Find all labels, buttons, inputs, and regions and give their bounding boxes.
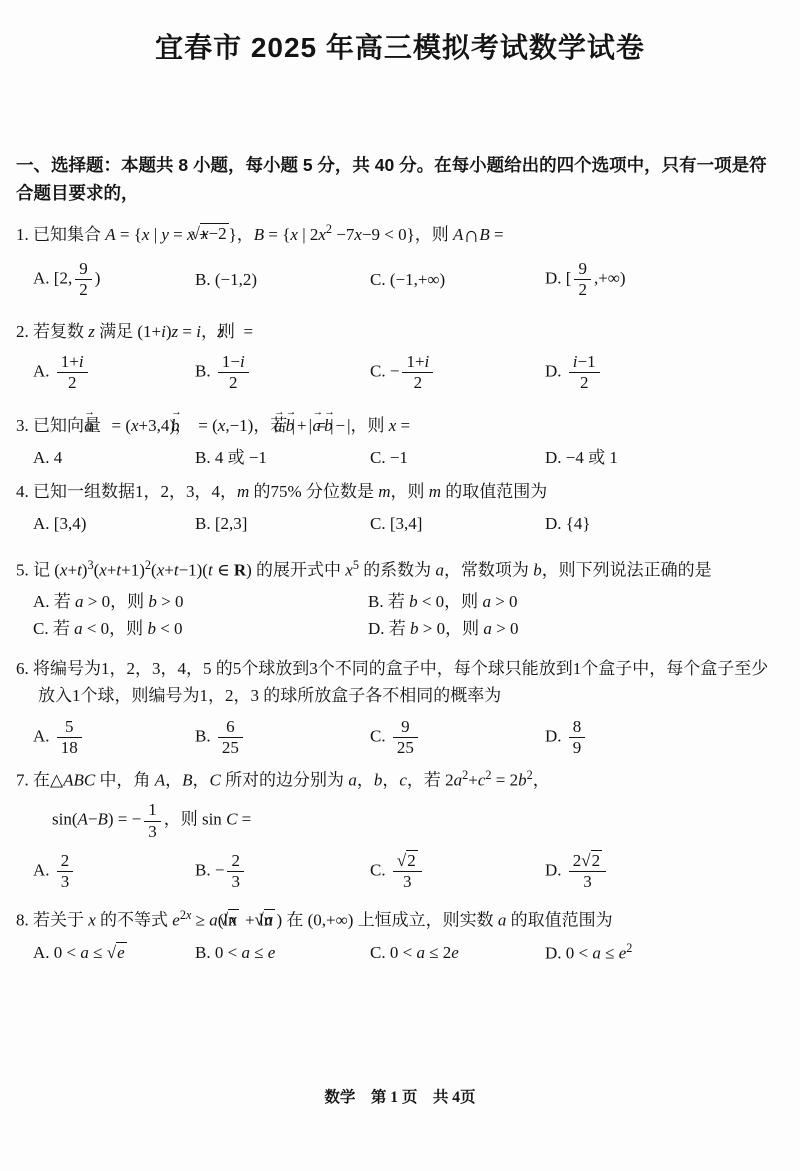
question-1-option-b: B. (−1,2) (195, 267, 370, 294)
question-7-option-c: C. 23 (370, 849, 545, 894)
question-2-stem: 2. 若复数 z 满足 (1+i)z = i，则 z = (16, 319, 784, 346)
question-5: 5. 记 (x+t)3(x+t+1)2(x+t−1)(t ∈ R) 的展开式中 … (16, 556, 784, 643)
page-footer: 数学 第 1 页 共 4页 (0, 1086, 800, 1110)
question-6-option-d: D. 89 (545, 715, 784, 760)
question-2-option-c: C. −1+i2 (370, 350, 545, 395)
question-2-options: A. 1+i2 B. 1−i2 C. −1+i2 D. i−12 (16, 350, 784, 395)
question-6: 6. 将编号为1，2，3，4，5 的5个球放到3个不同的盒子中，每个球只能放到1… (16, 656, 784, 760)
question-3-option-a: A. 4 (33, 445, 195, 472)
question-7-option-b: B. −23 (195, 849, 370, 894)
question-1-option-c: C. (−1,+∞) (370, 267, 545, 294)
question-1-option-d: D. [92,+∞) (545, 257, 784, 302)
question-8-option-d: D. 0 < a ≤ e2 (545, 939, 784, 968)
question-2: 2. 若复数 z 满足 (1+i)z = i，则 z = A. 1+i2 B. … (16, 319, 784, 396)
question-4-options: A. [3,4) B. [2,3] C. [3,4] D. {4} (16, 511, 784, 538)
question-7-option-d: D. 223 (545, 849, 784, 894)
question-3-stem: 3. 已知向量 a = (x+3,4)，b = (x,−1)，若 |a+b| =… (16, 413, 784, 440)
question-4-stem: 4. 已知一组数据1，2，3，4，m 的75% 分位数是 m，则 m 的取值范围… (16, 479, 784, 506)
question-2-option-b: B. 1−i2 (195, 350, 370, 395)
question-2-option-d: D. i−12 (545, 350, 784, 395)
question-6-option-c: C. 925 (370, 715, 545, 760)
question-4: 4. 已知一组数据1，2，3，4，m 的75% 分位数是 m，则 m 的取值范围… (16, 479, 784, 538)
question-2-option-a: A. 1+i2 (33, 350, 195, 395)
question-6-options: A. 518 B. 625 C. 925 D. 89 (16, 715, 784, 760)
question-7: 7. 在△ABC 中，角 A，B，C 所对的边分别为 a，b，c，若 2a2+c… (16, 766, 784, 894)
question-6-stem: 6. 将编号为1，2，3，4，5 的5个球放到3个不同的盒子中，每个球只能放到1… (16, 656, 784, 710)
question-1-options: A. [2,92) B. (−1,2) C. (−1,+∞) D. [92,+∞… (16, 257, 784, 302)
question-4-option-d: D. {4} (545, 511, 784, 538)
exam-page: 宜春市 2025 年高三模拟考试数学试卷 一、选择题：本题共 8 小题，每小题 … (0, 0, 800, 1171)
question-1: 1. 已知集合 A = {x | y = x + x−2}，B = {x | 2… (16, 218, 784, 303)
question-7-options: A. 23 B. −23 C. 23 D. 223 (16, 849, 784, 894)
question-6-option-a: A. 518 (33, 715, 195, 760)
question-6-option-b: B. 625 (195, 715, 370, 760)
question-8-option-a: A. 0 < a ≤ e (33, 940, 195, 967)
exam-title: 宜春市 2025 年高三模拟考试数学试卷 (16, 26, 784, 70)
question-5-stem: 5. 记 (x+t)3(x+t+1)2(x+t−1)(t ∈ R) 的展开式中 … (16, 556, 784, 585)
question-7-stem: 7. 在△ABC 中，角 A，B，C 所对的边分别为 a，b，c，若 2a2+c… (16, 766, 784, 844)
question-3-option-c: C. −1 (370, 445, 545, 472)
question-8-option-c: C. 0 < a ≤ 2e (370, 940, 545, 967)
question-3: 3. 已知向量 a = (x+3,4)，b = (x,−1)，若 |a+b| =… (16, 413, 784, 472)
question-5-option-a: A. 若 a > 0，则 b > 0 (33, 589, 368, 616)
question-3-option-b: B. 4 或 −1 (195, 445, 370, 472)
question-5-option-c: C. 若 a < 0，则 b < 0 (33, 616, 368, 643)
question-8-option-b: B. 0 < a ≤ e (195, 940, 370, 967)
question-5-option-b: B. 若 b < 0，则 a > 0 (368, 589, 784, 616)
section-header: 一、选择题：本题共 8 小题，每小题 5 分，共 40 分。在每小题给出的四个选… (16, 152, 784, 207)
question-1-stem: 1. 已知集合 A = {x | y = x + x−2}，B = {x | 2… (16, 218, 784, 253)
question-4-option-b: B. [2,3] (195, 511, 370, 538)
question-8-stem: 8. 若关于 x 的不等式 e2x ≥ a(ln x + ln a) 在 (0,… (16, 906, 784, 935)
question-8-options: A. 0 < a ≤ e B. 0 < a ≤ e C. 0 < a ≤ 2e … (16, 939, 784, 968)
question-5-options: A. 若 a > 0，则 b > 0 B. 若 b < 0，则 a > 0 C.… (16, 589, 784, 643)
question-5-option-d: D. 若 b > 0，则 a > 0 (368, 616, 784, 643)
question-4-option-c: C. [3,4] (370, 511, 545, 538)
question-3-options: A. 4 B. 4 或 −1 C. −1 D. −4 或 1 (16, 445, 784, 472)
question-1-option-a: A. [2,92) (33, 257, 195, 302)
question-8: 8. 若关于 x 的不等式 e2x ≥ a(ln x + ln a) 在 (0,… (16, 906, 784, 968)
question-7-option-a: A. 23 (33, 849, 195, 894)
question-3-option-d: D. −4 或 1 (545, 445, 784, 472)
question-4-option-a: A. [3,4) (33, 511, 195, 538)
